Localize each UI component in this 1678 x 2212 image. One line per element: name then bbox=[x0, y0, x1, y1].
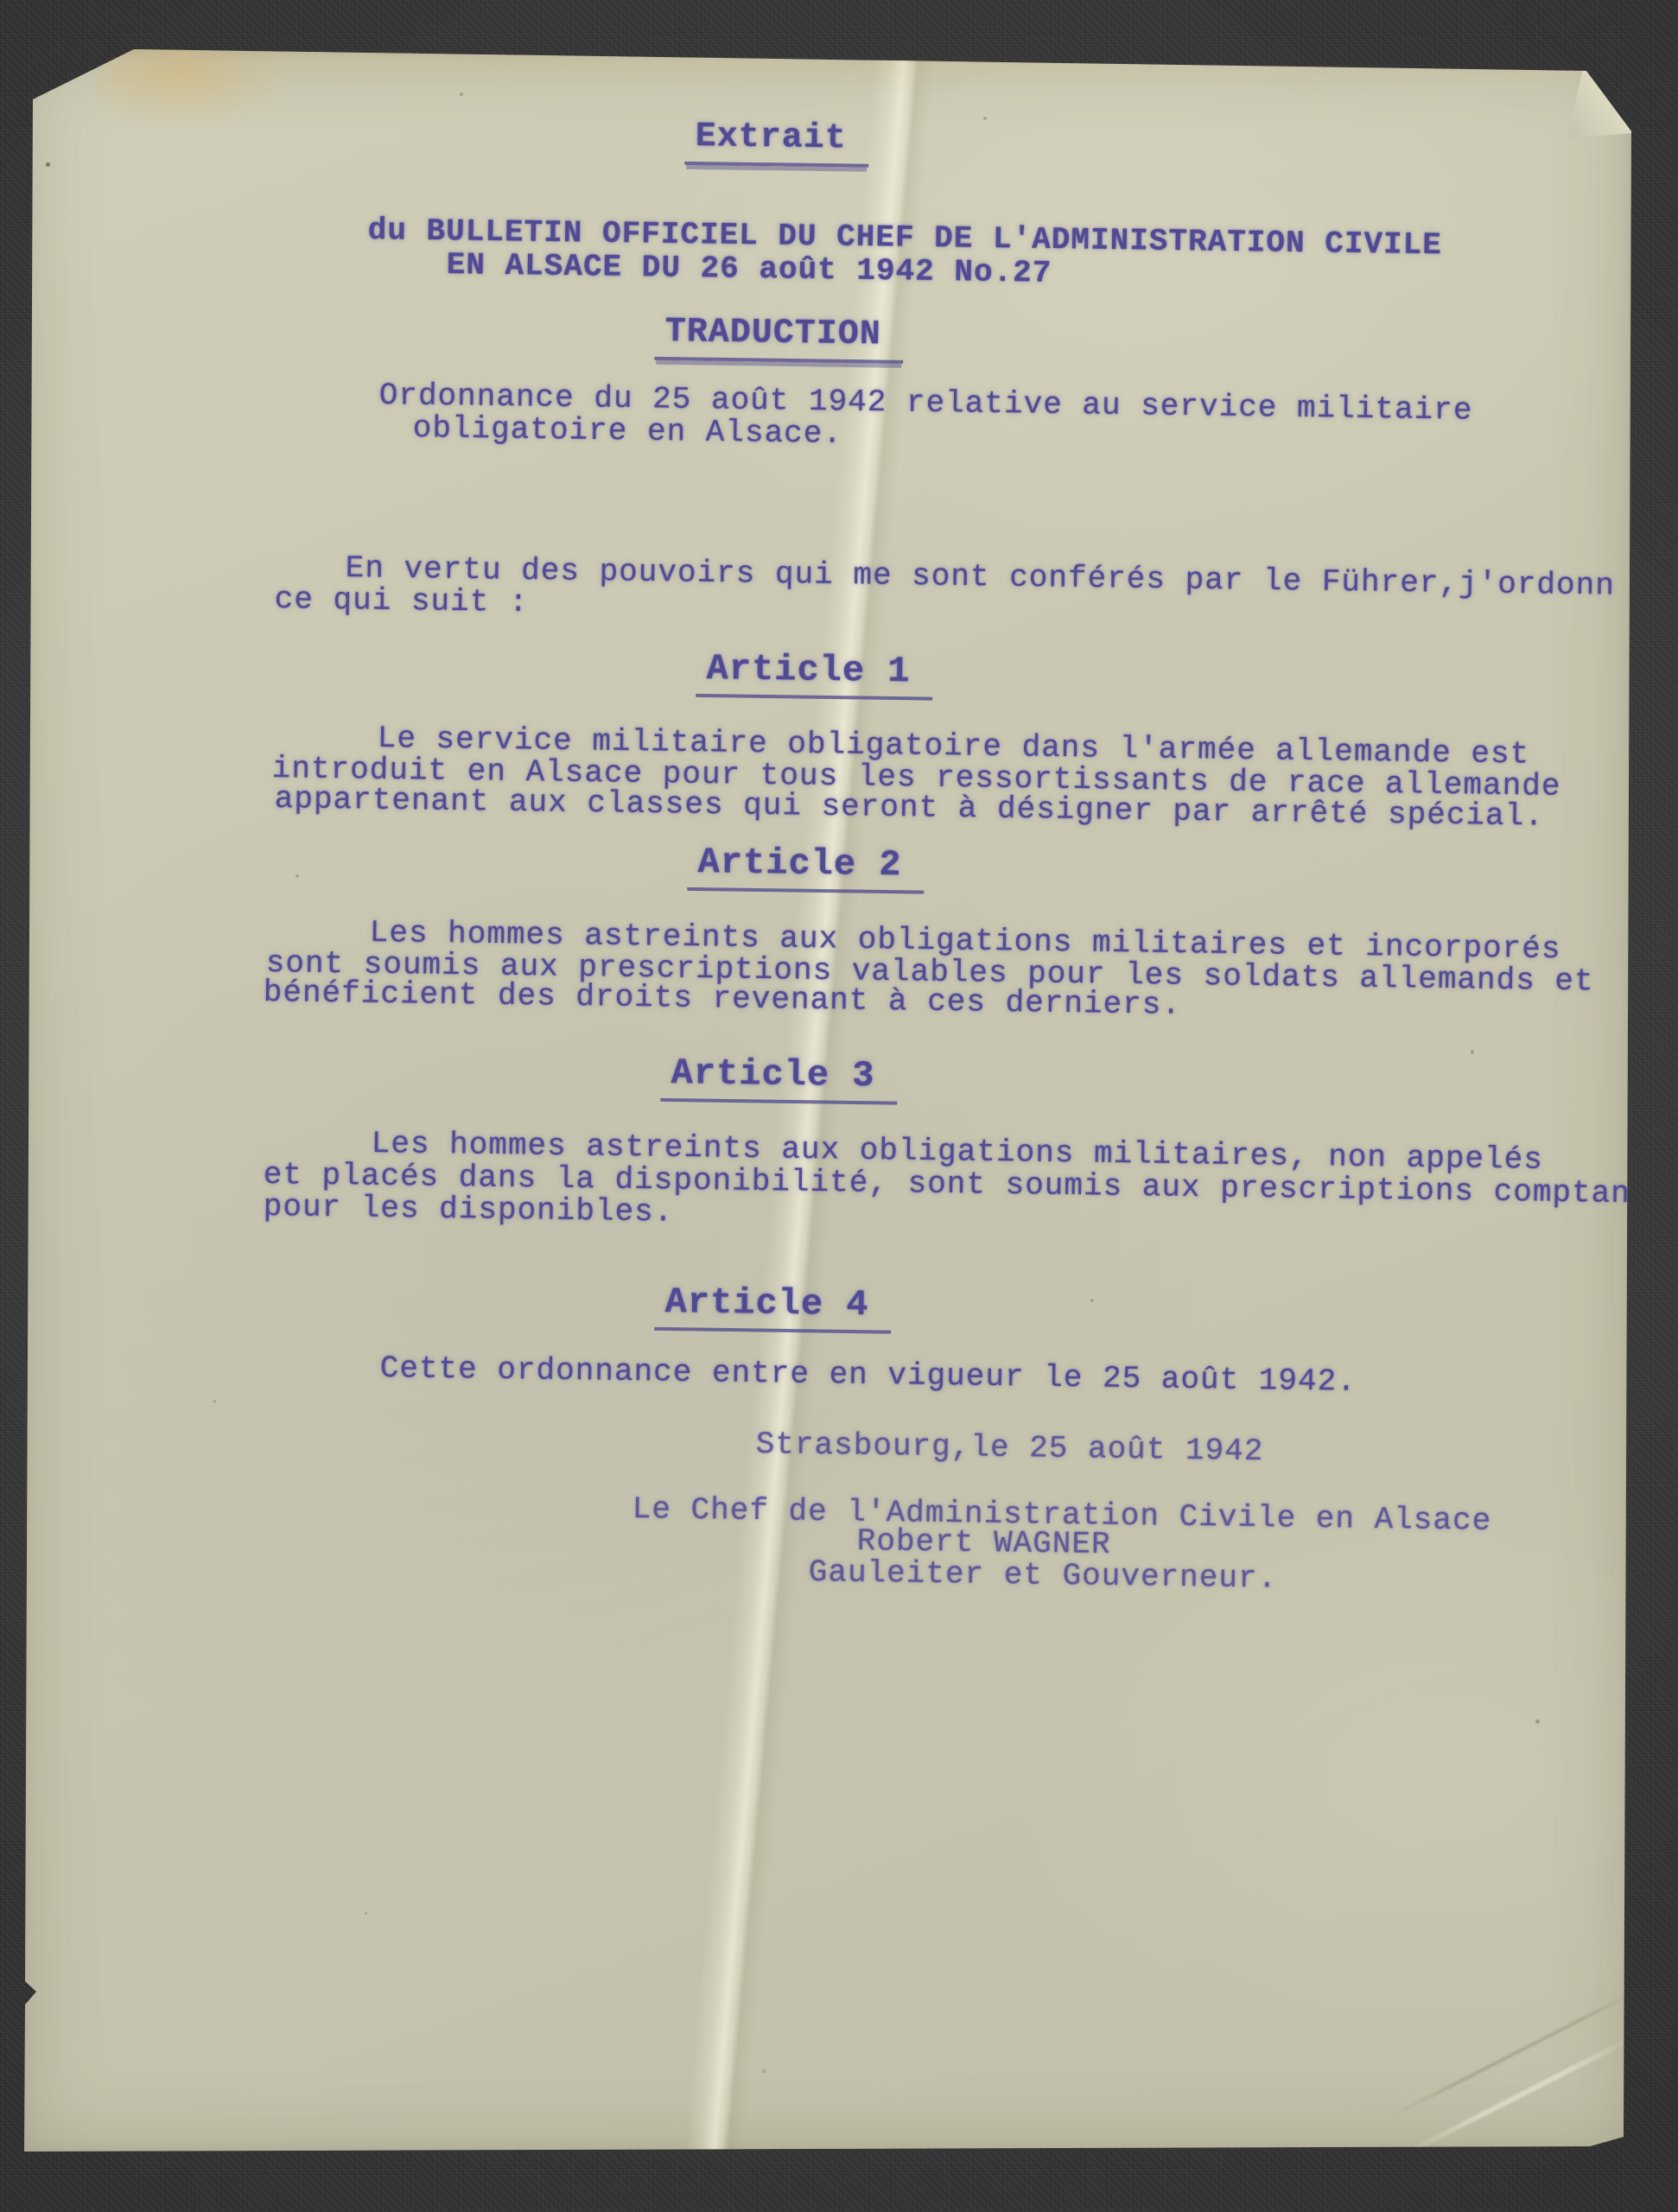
preamble-line-1: En vertu des pouvoirs qui me sont confér… bbox=[345, 553, 1615, 602]
paper-speck bbox=[460, 92, 463, 96]
paper-speck bbox=[983, 117, 987, 120]
paper-speck bbox=[762, 2069, 766, 2073]
source-line-2: EN ALSACE DU 26 août 1942 No.27 bbox=[446, 250, 1052, 289]
preamble-line-2: ce qui suit : bbox=[274, 584, 528, 619]
paper-speck bbox=[1471, 1050, 1474, 1054]
signature-title: Gauleiter et Gouverneur. bbox=[808, 1557, 1277, 1595]
article-4-line-1: Cette ordonnance entre en vigueur le 25 … bbox=[379, 1353, 1357, 1398]
signature-place-date: Strasbourg,le 25 août 1942 bbox=[755, 1429, 1263, 1467]
translation-label-text: TRADUCTION bbox=[654, 315, 904, 364]
article-2-heading: Article 2 bbox=[697, 844, 925, 894]
article-4-heading-text: Article 4 bbox=[654, 1284, 892, 1334]
article-2-heading-text: Article 2 bbox=[687, 844, 925, 894]
article-3-heading-text: Article 3 bbox=[660, 1055, 898, 1105]
ordinance-title-line-2: obligatoire en Alsace. bbox=[412, 413, 842, 450]
article-4-heading: Article 4 bbox=[664, 1284, 892, 1334]
paper-speck bbox=[365, 1912, 367, 1915]
paper-speck bbox=[213, 1400, 216, 1403]
article-3-line-3: pour les disponibles. bbox=[263, 1192, 673, 1229]
paper-speck bbox=[46, 162, 50, 167]
heading-extrait-text: Extrait bbox=[684, 120, 869, 168]
document-page: Extrait du BULLETIN OFFICIEL DU CHEF DE … bbox=[19, 48, 1635, 2156]
paper-speck bbox=[296, 874, 299, 878]
article-1-heading: Article 1 bbox=[706, 651, 933, 701]
paper-speck bbox=[1535, 1719, 1540, 1724]
paper-speck bbox=[1090, 1299, 1094, 1302]
article-1-heading-text: Article 1 bbox=[696, 651, 933, 701]
article-3-heading: Article 3 bbox=[671, 1055, 898, 1105]
translation-label: TRADUCTION bbox=[664, 315, 904, 364]
heading-extrait: Extrait bbox=[695, 120, 869, 168]
